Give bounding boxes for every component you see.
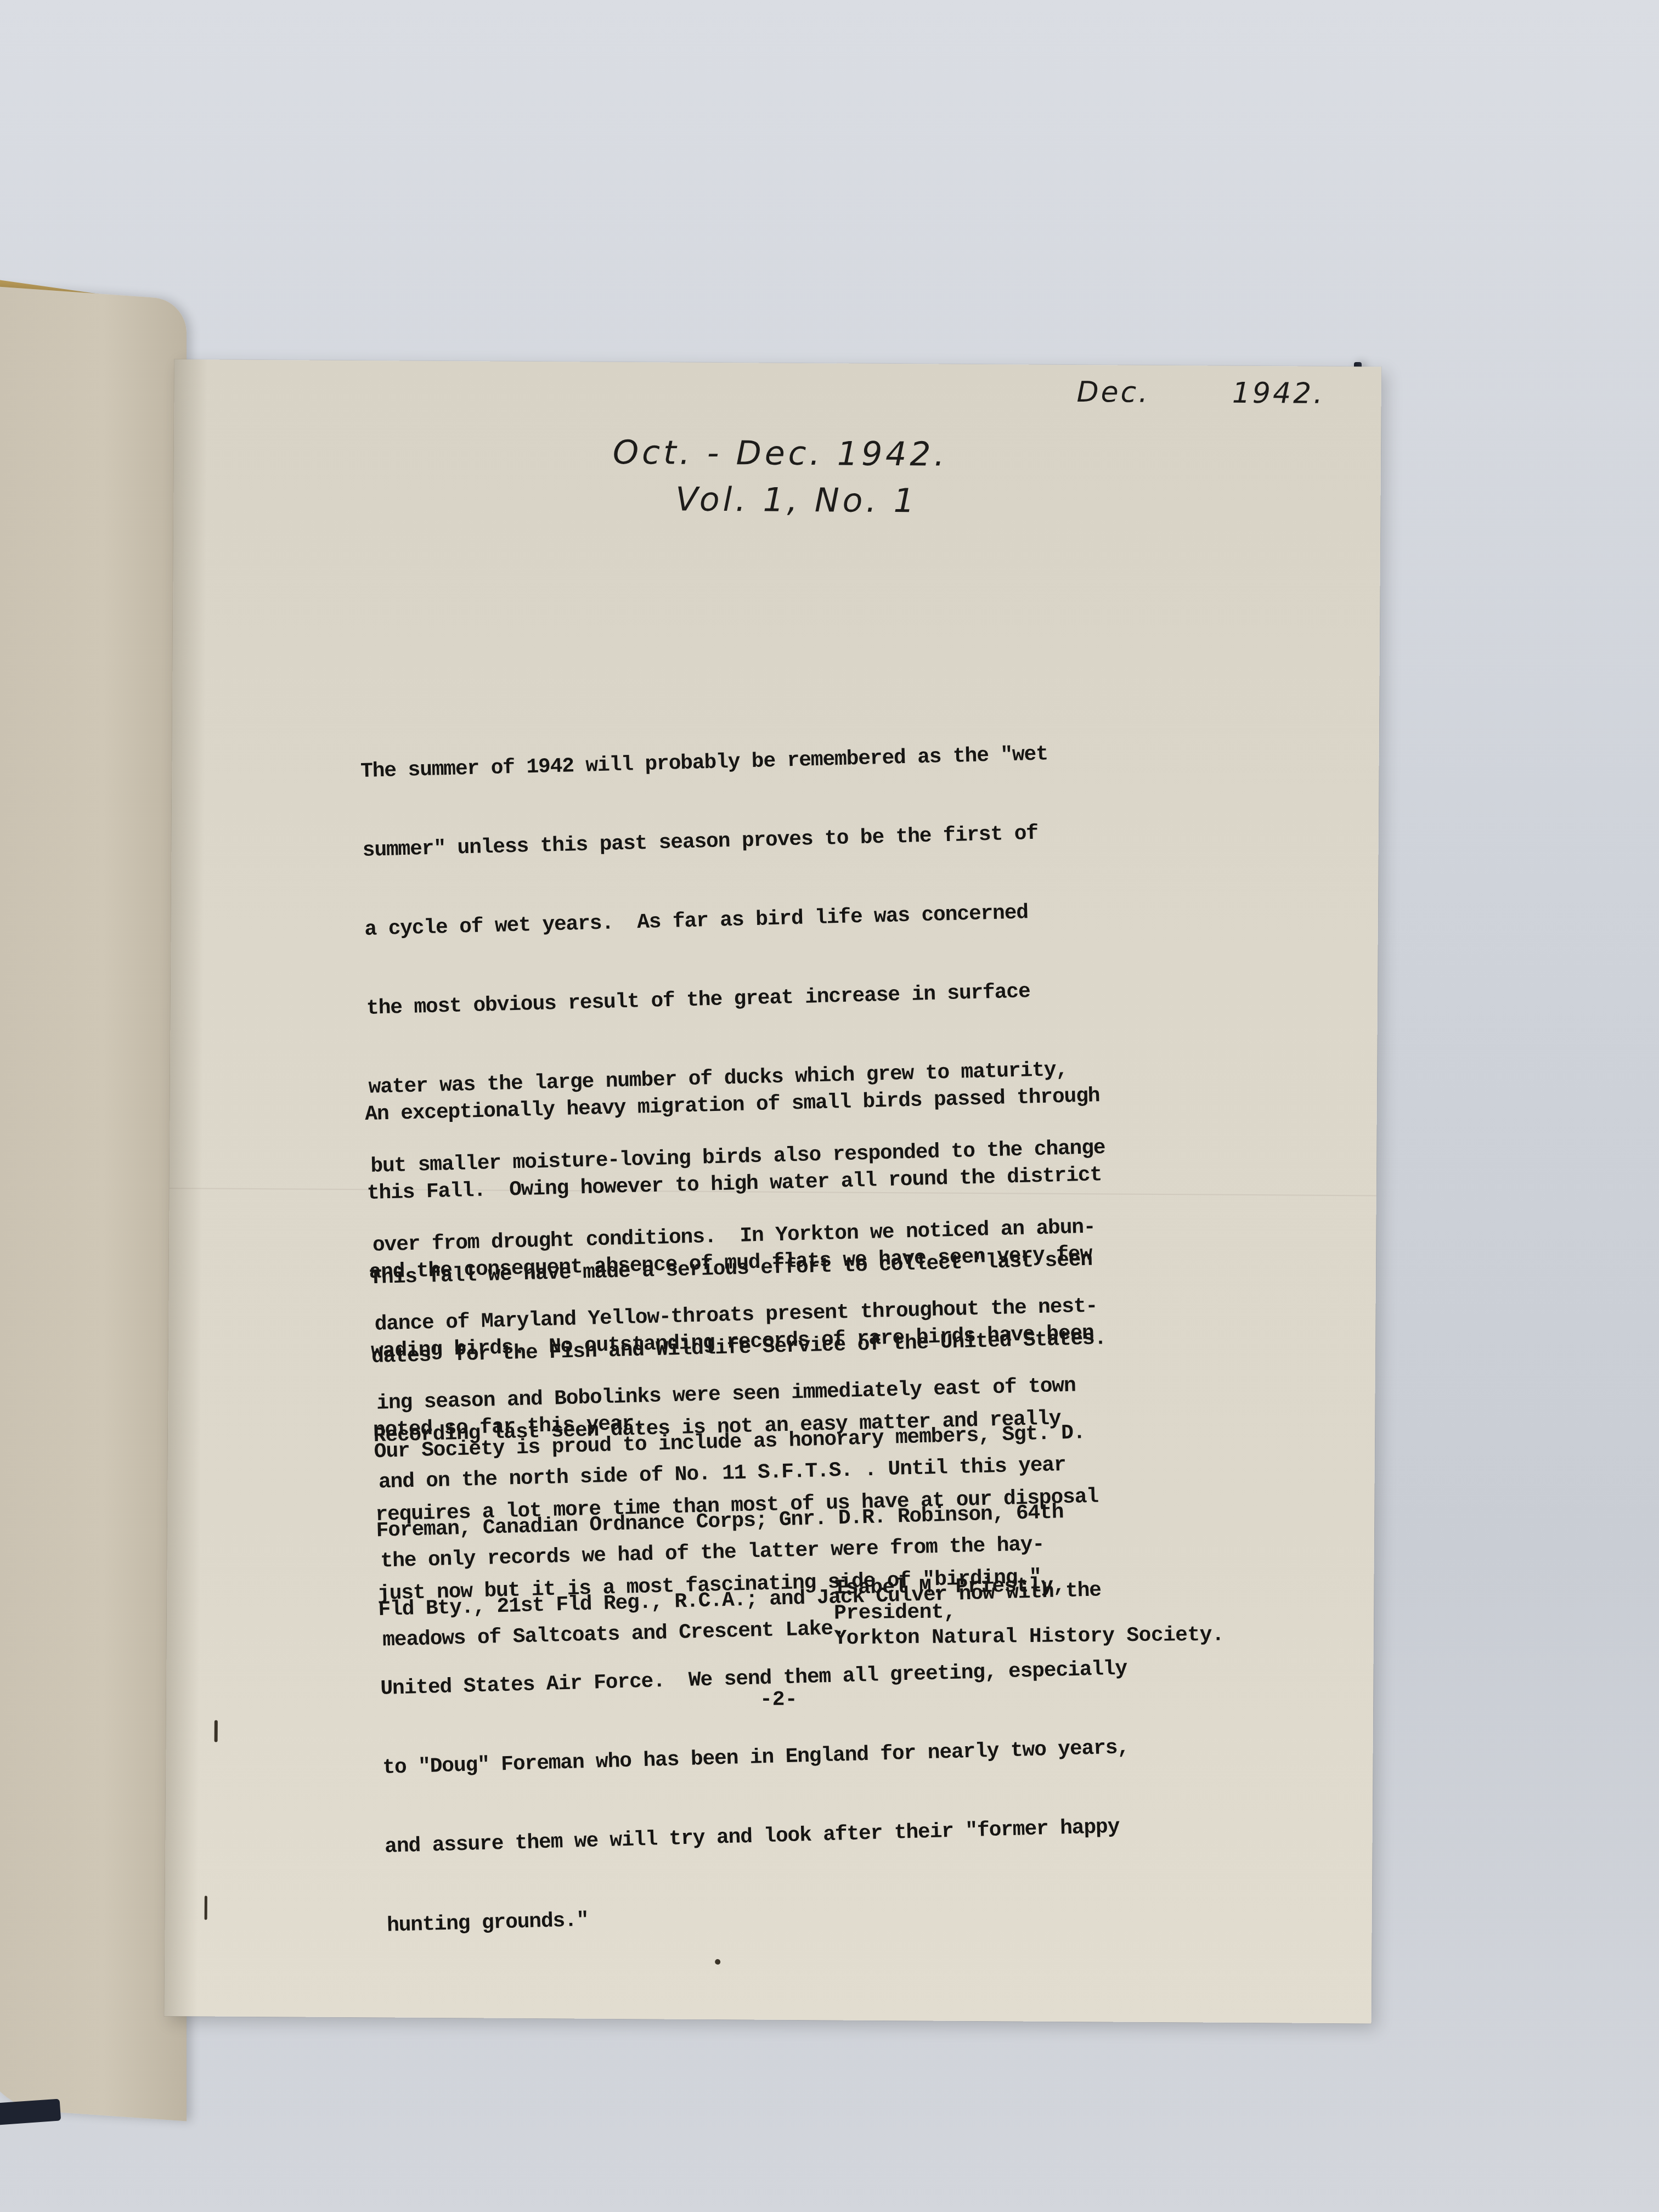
text-line: to "Doug" Foreman who has been in Englan… bbox=[382, 1731, 1261, 1781]
text-line: hunting grounds." bbox=[387, 1889, 1265, 1939]
signature-block: Isabel M. Priestly, President, Yorkton N… bbox=[833, 1572, 1224, 1652]
signature-organization: Yorkton Natural History Society. bbox=[834, 1623, 1224, 1652]
text-line: the most obvious result of the great inc… bbox=[366, 973, 1245, 1022]
text-line: dates" for the Fish and Wildlife Service… bbox=[371, 1322, 1250, 1370]
paper-speck bbox=[205, 1895, 207, 1920]
text-line: a cycle of wet years. As far as bird lif… bbox=[364, 894, 1243, 943]
corner-month: Dec. bbox=[1076, 376, 1150, 409]
text-line: An exceptionally heavy migration of smal… bbox=[365, 1080, 1243, 1128]
text-line: United States Air Force. We send them al… bbox=[380, 1652, 1259, 1702]
paragraph-honorary-members: Our Society is proud to include as honor… bbox=[373, 1363, 1266, 1992]
text-line: summer" unless this past season proves t… bbox=[362, 816, 1240, 864]
text-line: and assure them we will try and look aft… bbox=[385, 1810, 1263, 1860]
text-line: This fall we have made a serious effort … bbox=[369, 1243, 1248, 1291]
page-number: -2- bbox=[760, 1688, 798, 1712]
handwritten-volume-issue: Vol. 1, No. 1 bbox=[675, 481, 918, 521]
paper-speck bbox=[215, 1720, 218, 1742]
signature-name: Isabel M. Priestly, bbox=[833, 1572, 1223, 1601]
facing-left-page bbox=[0, 285, 187, 2121]
handwritten-date-range: Oct. - Dec. 1942. bbox=[613, 433, 948, 474]
binder-cover-corner bbox=[0, 2099, 61, 2126]
signature-title: President, bbox=[834, 1598, 1224, 1627]
corner-year: 1942. bbox=[1232, 377, 1325, 410]
text-line: The summer of 1942 will probably be reme… bbox=[360, 737, 1239, 785]
text-line: Our Society is proud to include as honor… bbox=[374, 1415, 1252, 1465]
text-line: Foreman, Canadian Ordnance Corps; Gnr. D… bbox=[376, 1494, 1254, 1544]
paper-speck bbox=[715, 1959, 720, 1965]
typed-page: Dec.1942. Oct. - Dec. 1942. Vol. 1, No. … bbox=[165, 359, 1381, 2023]
handwritten-corner-date: Dec.1942. bbox=[1076, 376, 1324, 410]
